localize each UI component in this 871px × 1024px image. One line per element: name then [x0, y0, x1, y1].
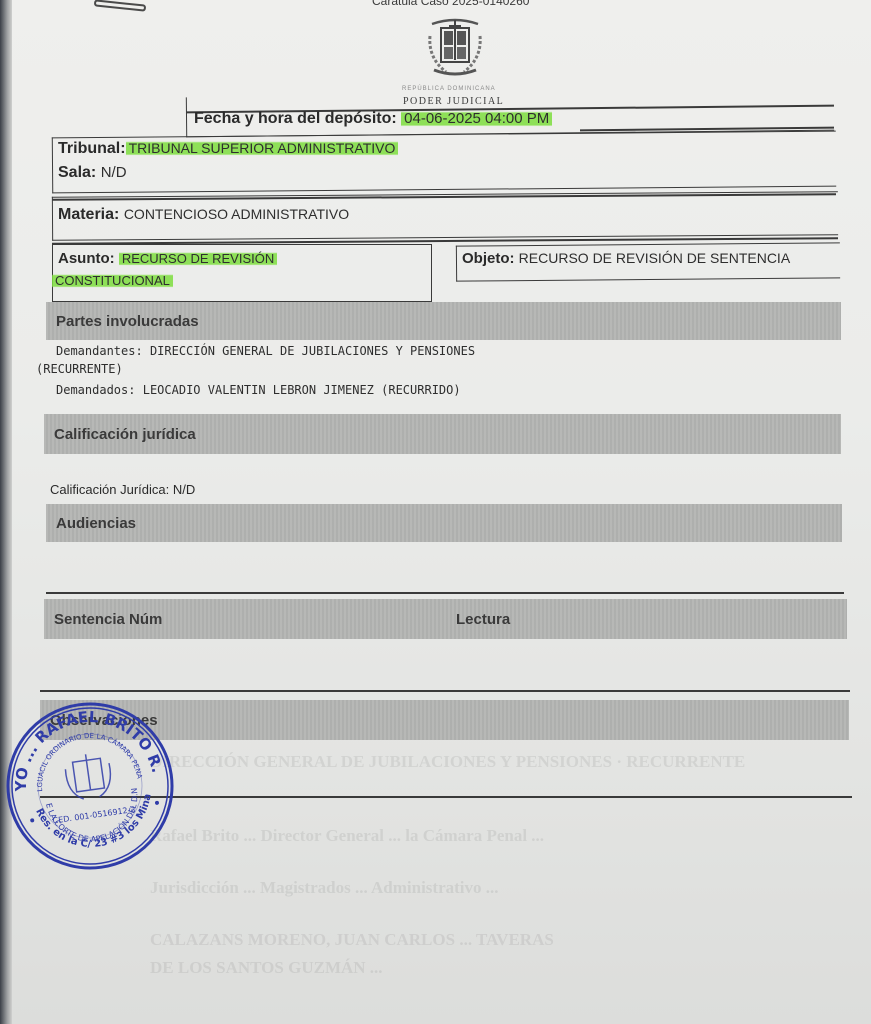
- asunto-field: Asunto: RECURSO DE REVISIÓN: [58, 250, 277, 267]
- objeto-field: Objeto: RECURSO DE REVISIÓN DE SENTENCIA: [462, 250, 790, 267]
- objeto-label: Objeto:: [462, 250, 515, 267]
- coat-of-arms-icon: [424, 14, 486, 80]
- section-title: Partes involucradas: [56, 313, 199, 330]
- objeto-value: RECURSO DE REVISIÓN DE SENTENCIA: [519, 250, 791, 266]
- bleed-through-text: DIRECCIÓN GENERAL DE JUBILACIONES Y PENS…: [150, 752, 745, 772]
- section-title: Audiencias: [56, 515, 136, 532]
- sala-label: Sala:: [58, 164, 96, 181]
- demandados-label: Demandados:: [56, 383, 135, 397]
- sala-value: N/D: [101, 164, 127, 181]
- svg-text:Res. en la C/ 23 #3 los Mina: Res. en la C/ 23 #3 los Mina: [33, 791, 161, 857]
- lectura-header: Lectura: [456, 611, 510, 628]
- bleed-through-text: CALAZANS MORENO, JUAN CARLOS ... TAVERAS: [150, 930, 554, 950]
- republica-label: REPÚBLICA DOMINICANA: [402, 86, 496, 92]
- asunto-value-line2-wrap: CONSTITUCIONAL: [52, 273, 173, 288]
- bleed-through-text: Jurisdicción ... Magistrados ... Adminis…: [150, 878, 499, 898]
- materia-field: Materia: CONTENCIOSO ADMINISTRATIVO: [58, 206, 349, 224]
- section-audiencias: Audiencias: [46, 504, 842, 542]
- tribunal-label: Tribunal:: [58, 140, 126, 157]
- sentencia-num-header: Sentencia Núm: [54, 611, 162, 628]
- deposito-field: Fecha y hora del depósito: 04-06-2025 04…: [194, 110, 552, 128]
- section-calificacion-juridica: Calificación jurídica: [44, 414, 841, 454]
- caratula-caso: Caratula Caso 2025-0140260: [372, 0, 529, 8]
- deposito-value: 04-06-2025 04:00 PM: [401, 110, 552, 127]
- demandados-value: LEOCADIO VALENTIN LEBRON JIMENEZ (RECURR…: [143, 383, 461, 397]
- demandantes-value-line2: (RECURRENTE): [36, 362, 123, 376]
- bleed-through-text: DE LOS SANTOS GUZMÁN ...: [150, 958, 383, 978]
- materia-value: CONTENCIOSO ADMINISTRATIVO: [124, 206, 349, 222]
- calificacion-label: Calificación Jurídica:: [50, 482, 169, 497]
- demandantes-value: DIRECCIÓN GENERAL DE JUBILACIONES Y PENS…: [150, 344, 475, 358]
- calificacion-field: Calificación Jurídica: N/D: [50, 482, 195, 497]
- asunto-label: Asunto:: [58, 250, 115, 267]
- bleed-through-text: Rafael Brito ... Director General ... la…: [150, 826, 544, 846]
- section-title: Calificación jurídica: [54, 426, 196, 443]
- divider: [46, 592, 844, 594]
- sala-field: Sala: N/D: [58, 164, 127, 182]
- deposito-label: Fecha y hora del depósito:: [194, 110, 397, 127]
- section-partes-involucradas: Partes involucradas: [46, 302, 841, 340]
- demandados-field: Demandados: LEOCADIO VALENTIN LEBRON JIM…: [56, 383, 461, 397]
- tribunal-field: Tribunal:TRIBUNAL SUPERIOR ADMINISTRATIV…: [58, 140, 398, 158]
- asunto-value-line2: CONSTITUCIONAL: [52, 273, 173, 288]
- materia-label: Materia:: [58, 206, 119, 223]
- page-left-edge: [0, 0, 12, 1024]
- tribunal-value: TRIBUNAL SUPERIOR ADMINISTRATIVO: [126, 140, 399, 156]
- calificacion-value: N/D: [173, 482, 195, 497]
- demandantes-field: Demandantes: DIRECCIÓN GENERAL DE JUBILA…: [56, 344, 475, 358]
- section-sentencia: Sentencia Núm Lectura: [44, 599, 847, 639]
- notary-stamp-icon: YO ... RAFAEL BRITO R. ALGUACIL ORDINARI…: [0, 689, 187, 883]
- demandantes-label: Demandantes:: [56, 344, 143, 358]
- asunto-value-line1: RECURSO DE REVISIÓN: [119, 251, 277, 266]
